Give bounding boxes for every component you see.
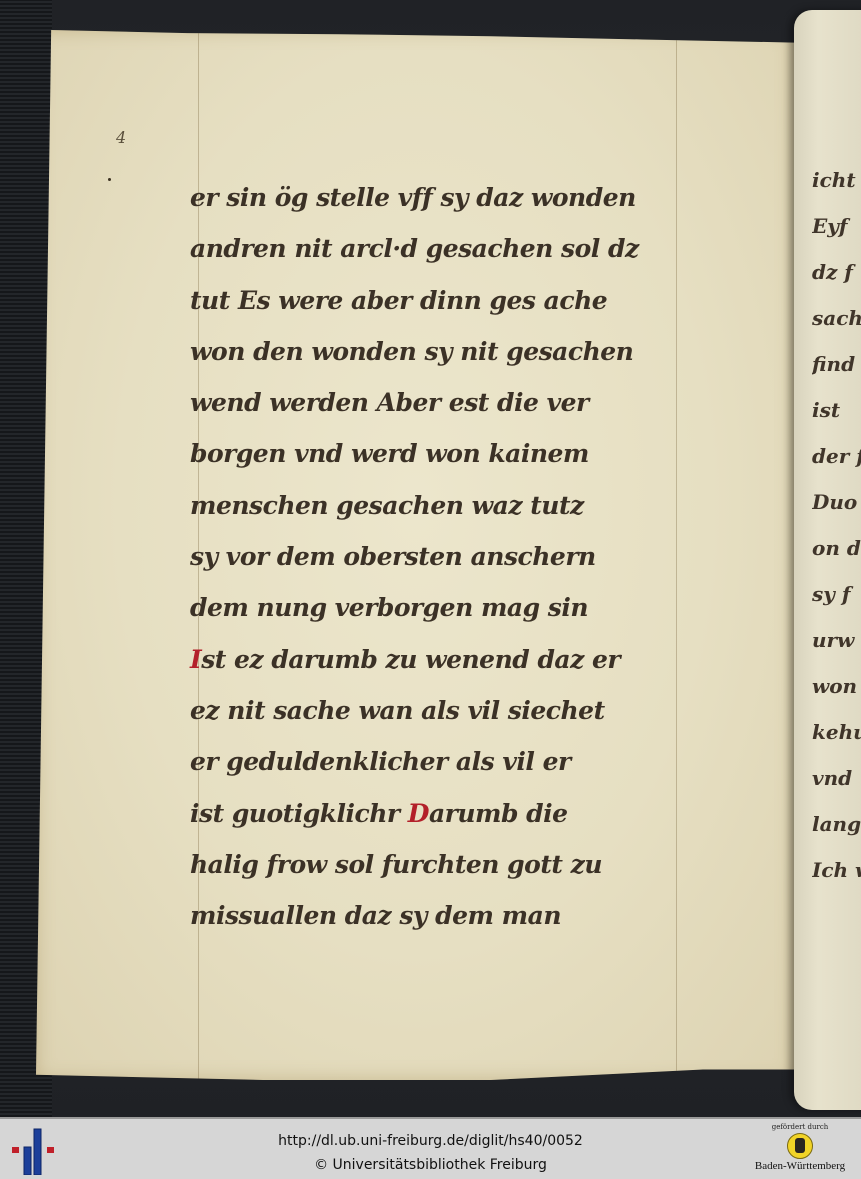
facing-text-line: icht xyxy=(812,160,861,206)
margin-dot xyxy=(108,178,111,181)
sponsor-name: Baden-Württemberg xyxy=(745,1160,855,1172)
copyright-text: © Universitätsbibliothek Freiburg xyxy=(0,1157,861,1173)
facing-text-line: won xyxy=(812,666,861,712)
facing-page-text: icht Eyf dz f sach find ist der f Duo on… xyxy=(812,160,861,896)
sponsor-caption: gefördert durch xyxy=(745,1123,855,1131)
text-line: sy vor dem obersten anschern xyxy=(190,537,690,588)
facing-text-line: sach xyxy=(812,298,861,344)
text-line-rubricated: Ist ez darumb zu wenend daz er xyxy=(190,640,690,691)
text-line: dem nung verborgen mag sin xyxy=(190,588,690,639)
manuscript-scan: 4 er sin ög stelle vff sy daz wonden and… xyxy=(0,0,861,1117)
baden-wuerttemberg-crest-icon xyxy=(787,1133,813,1159)
facing-text-line: dz f xyxy=(812,252,861,298)
text-line: missuallen daz sy dem man xyxy=(190,896,690,947)
sponsor-badge: gefördert durch Baden-Württemberg xyxy=(745,1123,855,1172)
text-line: menschen gesachen waz tutz xyxy=(190,486,690,537)
facing-text-line: sy f xyxy=(812,574,861,620)
text-line: er geduldenklicher als vil er xyxy=(190,742,690,793)
rubricated-initial: I xyxy=(190,645,201,674)
rubricated-initial: D xyxy=(408,799,429,828)
facing-text-line: der f xyxy=(812,436,861,482)
facing-text-line: on de xyxy=(812,528,861,574)
text-line: won den wonden sy nit gesachen xyxy=(190,332,690,383)
facing-text-line: vnd xyxy=(812,758,861,804)
facing-text-line: find xyxy=(812,344,861,390)
folio-number: 4 xyxy=(116,128,126,147)
text-line: wend werden Aber est die ver xyxy=(190,383,690,434)
text-line: ez nit sache wan als vil siechet xyxy=(190,691,690,742)
text-line: tut Es were aber dinn ges ache xyxy=(190,281,690,332)
text-line: borgen vnd werd won kainem xyxy=(190,434,690,485)
text-line: er sin ög stelle vff sy daz wonden xyxy=(190,178,690,229)
footer-bar: http://dl.ub.uni-freiburg.de/diglit/hs40… xyxy=(0,1117,861,1179)
facing-text-line: urw xyxy=(812,620,861,666)
facing-text-line: ist xyxy=(812,390,861,436)
facing-text-line: kehu xyxy=(812,712,861,758)
manuscript-text: er sin ög stelle vff sy daz wonden andre… xyxy=(190,178,690,947)
page-url-link[interactable]: http://dl.ub.uni-freiburg.de/diglit/hs40… xyxy=(0,1133,861,1149)
facing-text-line: Ich w xyxy=(812,850,861,896)
text-line: andren nit arcl·d gesachen sol dz xyxy=(190,229,690,280)
facing-text-line: Duo xyxy=(812,482,861,528)
text-line-rubricated: ist guotigklichr Darumb die xyxy=(190,794,690,845)
text-line: halig frow sol furchten gott zu xyxy=(190,845,690,896)
facing-text-line: Eyf xyxy=(812,206,861,252)
facing-text-line: lang xyxy=(812,804,861,850)
